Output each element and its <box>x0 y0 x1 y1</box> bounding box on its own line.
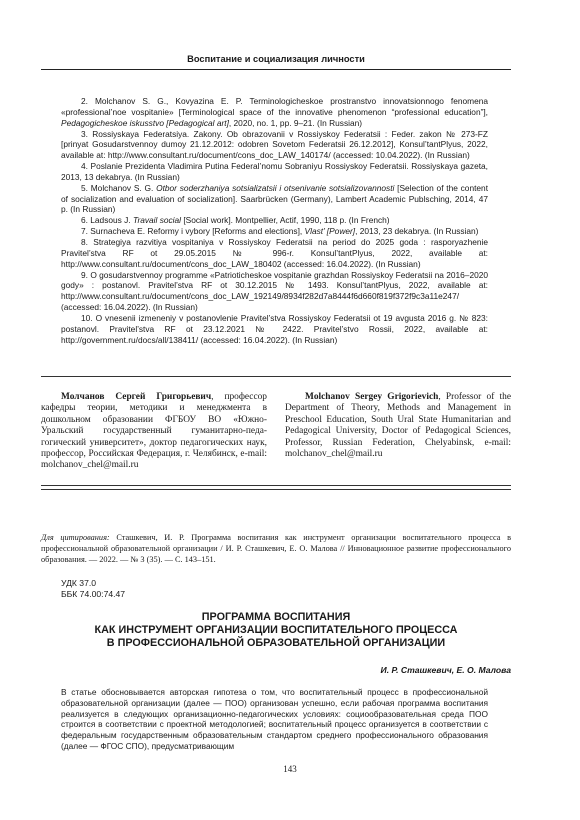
reference-number: 2. <box>81 96 95 106</box>
header-rule <box>41 69 511 70</box>
reference-text: , 2020, no. 1, pp. 9–21. (In Russian) <box>229 118 362 128</box>
reference-item: 10. O vnesenii izmeneniy v postanovlenie… <box>61 313 488 346</box>
reference-source-title: Travail social <box>133 215 181 225</box>
citation-text: Сташкевич, И. Р. Программа воспитания ка… <box>41 533 511 564</box>
author-info-ru: Молчанов Сергей Григорьевич, профес­сор … <box>41 392 267 472</box>
article-authors: И. Р. Сташкевич, Е. О. Малова <box>381 665 511 675</box>
reference-source-title: Otbor soderzhaniya sotsializatsii i otse… <box>156 183 394 193</box>
author-info: Молчанов Сергей Григорьевич, профес­сор … <box>41 392 511 472</box>
reference-item: 5. Molchanov S. G. Otbor soderzhaniya so… <box>61 183 488 216</box>
reference-number: 8. <box>81 237 93 247</box>
abstract-text: В статье обосновывается авторская гипоте… <box>61 687 488 752</box>
reference-source-title: Pedagogicheskoe iskusstvo [Pedagogical a… <box>61 118 229 128</box>
reference-list: 2. Molchanov S. G., Kovyazina E. P. Term… <box>61 96 488 345</box>
reference-text: Surnacheva E. Reformy i vybory [Reforms … <box>90 226 304 236</box>
udk-code: УДК 37.0 <box>61 578 125 589</box>
author-name-en: Molchanov Sergey Grigorievich <box>305 392 438 402</box>
reference-text: Strategiya razvitiya vospitaniya v Rossi… <box>61 237 488 269</box>
author-info-en: Molchanov Sergey Grigorievich, Professor… <box>285 392 511 472</box>
article-abstract: В статье обосновывается авторская гипоте… <box>61 687 488 752</box>
reference-text: Molchanov S. G., Kovyazina E. P. Termino… <box>61 96 488 117</box>
reference-number: 10. <box>81 313 96 323</box>
reference-item: 2. Molchanov S. G., Kovyazina E. P. Term… <box>61 96 488 129</box>
title-line: КАК ИНСТРУМЕНТ ОРГАНИЗАЦИИ ВОСПИТАТЕЛЬНО… <box>41 624 511 637</box>
reference-text: O gosudarstvennoy programme «Patriotiche… <box>61 270 488 313</box>
reference-text: [Social work]. Montpellier, Actif, 1990,… <box>181 215 390 225</box>
author-details-ru: , профес­сор кафедры теории, методики и … <box>41 392 267 470</box>
author-details-en: , Professor of the Department of Theory,… <box>285 392 511 459</box>
reference-item: 6. Ladsous J. Travail social [Social wor… <box>61 215 488 226</box>
reference-text: Ladsous J. <box>90 215 133 225</box>
reference-number: 3. <box>81 129 92 139</box>
reference-text: Poslanie Prezidenta Vladimira Putina Fed… <box>61 161 488 182</box>
classification-codes: УДК 37.0 ББК 74.00:74.47 <box>61 578 125 600</box>
reference-text: O vnesenii izmeneniy v postanovlenie Pra… <box>61 313 488 345</box>
reference-text: Rossiyskaya Federatsiya. Zakony. Ob obra… <box>61 129 488 161</box>
title-line: В ПРОФЕССИОНАЛЬНОЙ ОБРАЗОВАТЕЛЬНОЙ ОРГАН… <box>41 637 511 650</box>
article-separator-rule <box>41 485 511 486</box>
article-separator-rule <box>41 489 511 490</box>
document-page: Воспитание и социализация личности 2. Mo… <box>0 0 580 820</box>
citation-label: Для цитирования: <box>41 533 110 542</box>
reference-number: 9. <box>81 270 90 280</box>
citation-block: Для цитирования: Сташкевич, И. Р. Програ… <box>41 532 511 566</box>
reference-number: 6. <box>81 215 90 225</box>
bbk-code: ББК 74.00:74.47 <box>61 589 125 600</box>
title-line: ПРОГРАММА ВОСПИТАНИЯ <box>41 611 511 624</box>
reference-item: 7. Surnacheva E. Reformy i vybory [Refor… <box>61 226 488 237</box>
reference-item: 3. Rossiyskaya Federatsiya. Zakony. Ob o… <box>61 129 488 162</box>
reference-item: 8. Strategiya razvitiya vospitaniya v Ro… <box>61 237 488 270</box>
reference-text: Molchanov S. G. <box>91 183 156 193</box>
reference-number: 4. <box>81 161 91 171</box>
page-number: 143 <box>0 764 580 774</box>
reference-source-title: Vlast’ [Power] <box>305 226 356 236</box>
reference-item: 9. O gosudarstvennoy programme «Patrioti… <box>61 270 488 313</box>
running-head: Воспитание и социализация личности <box>41 54 511 64</box>
reference-item: 4. Poslanie Prezidenta Vladimira Putina … <box>61 161 488 183</box>
section-divider <box>41 376 511 377</box>
reference-text: , 2013, 23 dekabrya. (In Russian) <box>355 226 478 236</box>
reference-number: 5. <box>81 183 91 193</box>
article-title: ПРОГРАММА ВОСПИТАНИЯ КАК ИНСТРУМЕНТ ОРГА… <box>41 611 511 651</box>
reference-number: 7. <box>81 226 90 236</box>
author-name-ru: Молчанов Сергей Григорьевич <box>61 392 211 402</box>
